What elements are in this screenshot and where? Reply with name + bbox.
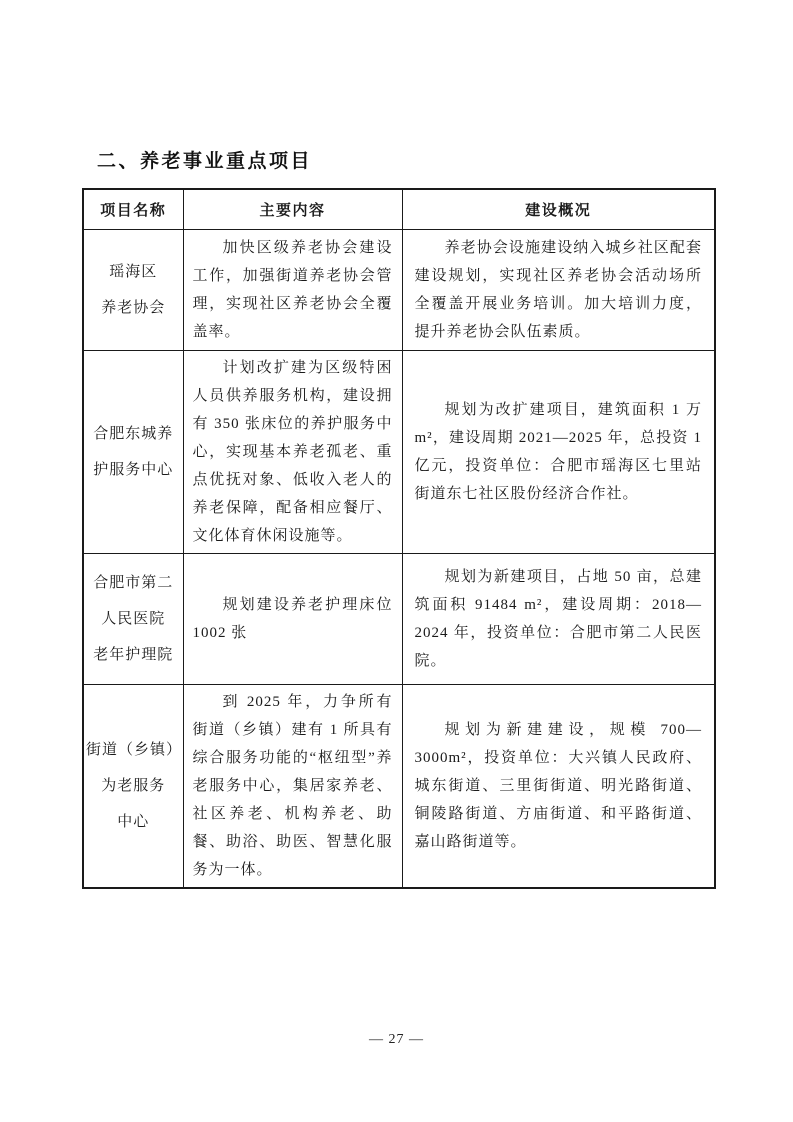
overview-text: 养老协会设施建设纳入城乡社区配套建设规划，实现社区养老协会活动场所全覆盖开展业务… (415, 234, 703, 346)
project-name-line: 合肥市第二 (86, 565, 181, 601)
col-header-main-content: 主要内容 (183, 189, 402, 229)
project-name-line: 街道（乡镇） (86, 732, 181, 768)
project-name-line: 瑶海区 (86, 254, 181, 290)
overview-text: 规划为新建建设，规模 700—3000m²，投资单位：大兴镇人民政府、城东街道、… (415, 716, 703, 856)
table-row-second-peoples-hospital: 合肥市第二 人民医院 老年护理院 规划建设养老护理床位 1002 张 规划为新建… (83, 553, 715, 684)
project-name-line: 护服务中心 (86, 452, 181, 488)
main-content-cell: 规划建设养老护理床位 1002 张 (183, 553, 402, 684)
main-content-text: 加快区级养老协会建设工作，加强街道养老协会管理，实现社区养老协会全覆盖率。 (193, 234, 393, 346)
document-page: 二、养老事业重点项目 项目名称 主要内容 建设概况 瑶海区 养老协会 加快区级养… (0, 0, 793, 1122)
header-row: 项目名称 主要内容 建设概况 (83, 189, 715, 229)
table-row-yaohai-association: 瑶海区 养老协会 加快区级养老协会建设工作，加强街道养老协会管理，实现社区养老协… (83, 229, 715, 350)
overview-text: 规划为改扩建项目，建筑面积 1 万 m²，建设周期 2021—2025 年，总投… (415, 396, 703, 508)
project-name-line: 养老协会 (86, 290, 181, 326)
table-row-dongcheng-care-center: 合肥东城养 护服务中心 计划改扩建为区级特困人员供养服务机构，建设拥有 350 … (83, 350, 715, 553)
overview-cell: 规划为新建项目，占地 50 亩，总建筑面积 91484 m²，建设周期：2018… (402, 553, 715, 684)
overview-text: 规划为新建项目，占地 50 亩，总建筑面积 91484 m²，建设周期：2018… (415, 563, 703, 675)
page-number: — 27 — (0, 1032, 793, 1048)
table-header: 项目名称 主要内容 建设概况 (83, 189, 715, 229)
overview-cell: 规划为改扩建项目，建筑面积 1 万 m²，建设周期 2021—2025 年，总投… (402, 350, 715, 553)
main-content-text: 计划改扩建为区级特困人员供养服务机构，建设拥有 350 张床位的养护服务中心，实… (193, 354, 393, 550)
project-name-line: 人民医院 (86, 601, 181, 637)
project-name-cell: 合肥东城养 护服务中心 (83, 350, 183, 553)
project-name-line: 合肥东城养 (86, 416, 181, 452)
main-content-cell: 到 2025 年，力争所有街道（乡镇）建有 1 所具有综合服务功能的“枢纽型”养… (183, 684, 402, 888)
project-name-cell: 合肥市第二 人民医院 老年护理院 (83, 553, 183, 684)
col-header-project-name: 项目名称 (83, 189, 183, 229)
table-row-street-township-service-center: 街道（乡镇） 为老服务 中心 到 2025 年，力争所有街道（乡镇）建有 1 所… (83, 684, 715, 888)
project-name-cell: 瑶海区 养老协会 (83, 229, 183, 350)
section-title: 二、养老事业重点项目 (97, 146, 312, 173)
projects-table: 项目名称 主要内容 建设概况 瑶海区 养老协会 加快区级养老协会建设工作，加强街… (82, 188, 716, 889)
main-content-cell: 加快区级养老协会建设工作，加强街道养老协会管理，实现社区养老协会全覆盖率。 (183, 229, 402, 350)
main-content-text: 到 2025 年，力争所有街道（乡镇）建有 1 所具有综合服务功能的“枢纽型”养… (193, 688, 393, 884)
col-header-overview: 建设概况 (402, 189, 715, 229)
main-content-cell: 计划改扩建为区级特困人员供养服务机构，建设拥有 350 张床位的养护服务中心，实… (183, 350, 402, 553)
project-name-line: 老年护理院 (86, 637, 181, 673)
project-name-cell: 街道（乡镇） 为老服务 中心 (83, 684, 183, 888)
project-name-line: 为老服务 (86, 768, 181, 804)
main-content-text: 规划建设养老护理床位 1002 张 (193, 591, 393, 647)
overview-cell: 养老协会设施建设纳入城乡社区配套建设规划，实现社区养老协会活动场所全覆盖开展业务… (402, 229, 715, 350)
project-name-line: 中心 (86, 804, 181, 840)
overview-cell: 规划为新建建设，规模 700—3000m²，投资单位：大兴镇人民政府、城东街道、… (402, 684, 715, 888)
